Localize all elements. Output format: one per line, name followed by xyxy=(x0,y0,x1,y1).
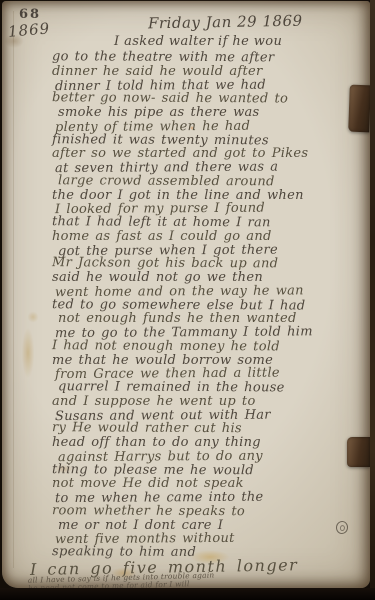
manuscript-line: said he would not go we then xyxy=(52,271,368,285)
manuscript-line: quarrel I remained in the house xyxy=(58,380,368,395)
manuscript-line: not move He did not speak xyxy=(52,477,368,491)
manuscript-line: thing to please me he would xyxy=(52,463,368,478)
manuscript-line: go to the theatre with me after xyxy=(52,50,368,65)
year-label: 1869 xyxy=(7,19,51,41)
entry-opening-line: I asked walter if he wou xyxy=(114,34,282,49)
manuscript-line: room whether he speaks to xyxy=(52,504,368,519)
manuscript-line: and I suppose he went up to xyxy=(52,395,368,409)
manuscript-line: dinner he said he would after xyxy=(52,65,368,79)
manuscript-line: large crowd assembled around xyxy=(58,174,368,189)
manuscript-line: I had not enough money he told xyxy=(52,339,368,354)
manuscript-line: ry He would rather cut his xyxy=(52,421,368,436)
manuscript-line: not enough funds he then wanted xyxy=(58,312,368,326)
manuscript-line: ted to go somewhere else but I had xyxy=(52,298,368,313)
book-cover-edge xyxy=(0,588,375,600)
manuscript-line: home as fast as I could go and xyxy=(52,230,368,244)
manuscript-line: smoke his pipe as there was xyxy=(58,106,368,120)
manuscript-line: better go now- said he wanted to xyxy=(52,91,368,106)
scanned-diary-photo: { "colors": { "paper": "#d8d1c2", "ink":… xyxy=(0,0,375,600)
manuscript-line: head off than to do any thing xyxy=(52,436,368,450)
entry-body: go to the theatre with me afterdinner he… xyxy=(52,51,368,574)
manuscript-line: finished it was twenty minutes xyxy=(52,133,368,148)
tape-repair-patch-bottom xyxy=(347,437,370,467)
manuscript-line: Mr Jackson got his back up and xyxy=(52,256,368,271)
manuscript-line: that I had left it at home I ran xyxy=(52,215,368,230)
book-page-edges xyxy=(370,0,375,600)
diary-page-paper: 68 1869 Friday Jan 29 1869 I asked walte… xyxy=(2,1,370,588)
manuscript-line: after so we started and got to Pikes xyxy=(52,147,368,161)
tape-repair-patch-top xyxy=(348,85,371,133)
entry-date-heading: Friday Jan 29 1869 xyxy=(148,12,303,33)
